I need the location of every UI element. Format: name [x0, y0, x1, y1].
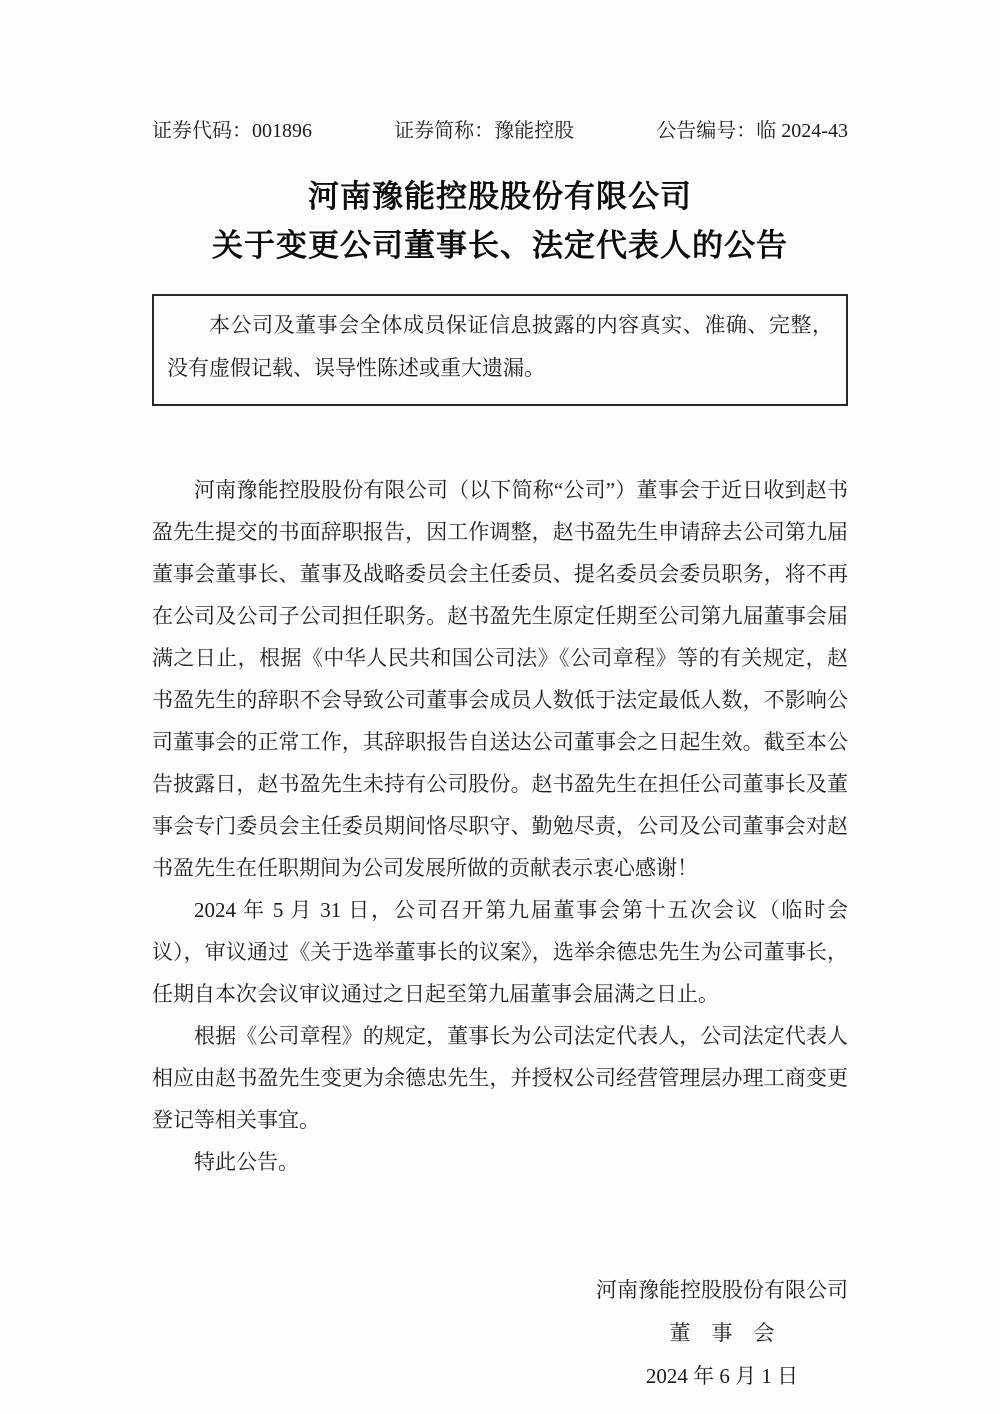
announcement-body: 河南豫能控股股份有限公司（以下简称“公司”）董事会于近日收到赵书盈先生提交的书面…	[152, 469, 848, 1183]
signature-inner: 河南豫能控股股份有限公司 董 事 会 2024 年 6 月 1 日	[596, 1269, 848, 1398]
signature-block: 河南豫能控股股份有限公司 董 事 会 2024 年 6 月 1 日	[152, 1269, 848, 1398]
signature-date: 2024 年 6 月 1 日	[596, 1355, 848, 1398]
signature-company: 河南豫能控股股份有限公司	[596, 1269, 848, 1312]
paragraph-legal-representative-change: 根据《公司章程》的规定，董事长为公司法定代表人，公司法定代表人相应由赵书盈先生变…	[152, 1015, 848, 1141]
document-header: 证券代码：001896 证券简称：豫能控股 公告编号：临 2024-43	[152, 118, 848, 144]
title-line-subject: 关于变更公司董事长、法定代表人的公告	[152, 221, 848, 270]
disclaimer-text: 本公司及董事会全体成员保证信息披露的内容真实、准确、完整，没有虚假记载、误导性陈…	[167, 304, 833, 390]
announcement-number: 公告编号：临 2024-43	[656, 118, 848, 144]
signature-board: 董 事 会	[596, 1312, 848, 1355]
stock-code: 证券代码：001896	[152, 118, 312, 144]
disclaimer-box: 本公司及董事会全体成员保证信息披露的内容真实、准确、完整，没有虚假记载、误导性陈…	[152, 294, 848, 406]
stock-name: 证券简称：豫能控股	[394, 118, 574, 144]
document-page: 证券代码：001896 证券简称：豫能控股 公告编号：临 2024-43 河南豫…	[0, 0, 1000, 1414]
paragraph-closing: 特此公告。	[152, 1141, 848, 1183]
title-line-company: 河南豫能控股股份有限公司	[152, 172, 848, 221]
paragraph-chairman-election: 2024 年 5 月 31 日，公司召开第九届董事会第十五次会议（临时会议），审…	[152, 889, 848, 1015]
document-title: 河南豫能控股股份有限公司 关于变更公司董事长、法定代表人的公告	[152, 172, 848, 270]
paragraph-resignation: 河南豫能控股股份有限公司（以下简称“公司”）董事会于近日收到赵书盈先生提交的书面…	[152, 469, 848, 889]
